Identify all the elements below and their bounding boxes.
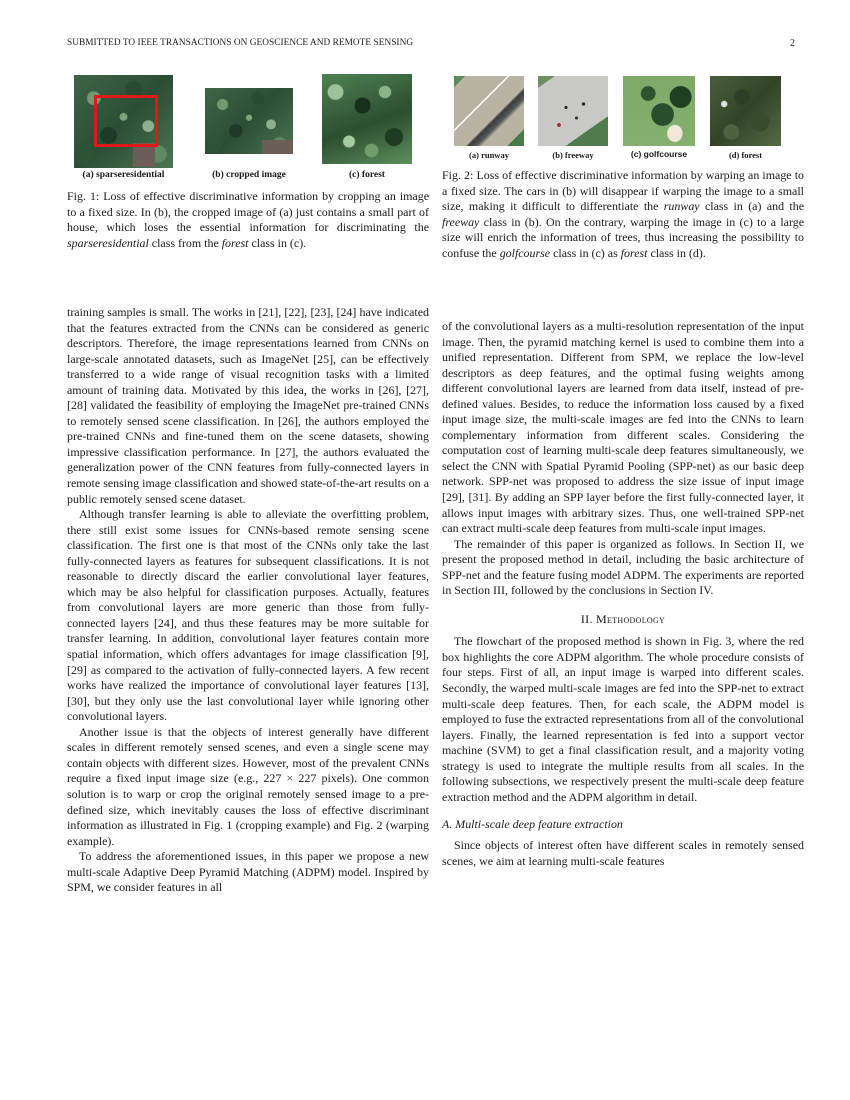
figure-2c-label: (c) golfcourse	[623, 149, 695, 159]
italic-term: golfcourse	[500, 246, 550, 260]
running-header: SUBMITTED TO IEEE TRANSACTIONS ON GEOSCI…	[67, 38, 795, 52]
figure-1-caption: Fig. 1: Loss of effective discriminative…	[67, 189, 429, 251]
figure-2d-label: (d) forest	[710, 150, 781, 160]
figure-1a-image	[74, 75, 173, 168]
paragraph: Although transfer learning is able to al…	[67, 507, 429, 725]
figure-1c-image	[322, 74, 412, 164]
figure-1a-label: (a) sparseresidential	[67, 170, 180, 180]
figure-2-caption: Fig. 2: Loss of effective discriminative…	[442, 168, 804, 261]
figure-2a-image	[454, 76, 524, 146]
crop-box	[94, 95, 158, 147]
caption-text: class in (a) and the	[700, 199, 804, 213]
left-column: training samples is small. The works in …	[67, 305, 429, 896]
house-roof	[262, 140, 293, 154]
figure-2b-image	[538, 76, 608, 146]
paragraph: of the convolutional layers as a multi-r…	[442, 319, 804, 537]
italic-term: runway	[664, 199, 700, 213]
caption-text: class in (d).	[647, 246, 705, 260]
italic-term: sparseresidential	[67, 236, 149, 250]
paragraph: The remainder of this paper is organized…	[442, 537, 804, 599]
figure-2d-image	[710, 76, 781, 146]
figure-2: (a) runway (b) freeway (c) golfcourse (d…	[450, 74, 812, 164]
italic-term: forest	[222, 236, 249, 250]
paragraph: The flowchart of the proposed method is …	[442, 634, 804, 805]
paragraph: Since objects of interest often have dif…	[442, 838, 804, 869]
figure-2b-label: (b) freeway	[538, 150, 608, 160]
page-number: 2	[790, 38, 795, 49]
caption-text: Fig. 1: Loss of effective discriminative…	[67, 189, 429, 234]
italic-term: freeway	[442, 215, 479, 229]
caption-text: class in (c) as	[550, 246, 621, 260]
paragraph: Another issue is that the objects of int…	[67, 725, 429, 849]
figure-1b-image	[205, 88, 293, 154]
paragraph: To address the aforementioned issues, in…	[67, 849, 429, 896]
italic-term: forest	[621, 246, 648, 260]
figure-1b-label: (b) cropped image	[195, 170, 303, 180]
figure-2c-image	[623, 76, 695, 146]
figure-1c-label: (c) forest	[322, 170, 412, 180]
journal-title: SUBMITTED TO IEEE TRANSACTIONS ON GEOSCI…	[67, 38, 413, 48]
caption-text: class from the	[149, 236, 222, 250]
right-column: of the convolutional layers as a multi-r…	[442, 319, 804, 869]
figure-2a-label: (a) runway	[454, 150, 524, 160]
paragraph: training samples is small. The works in …	[67, 305, 429, 507]
section-heading: II. Methodology	[442, 612, 804, 628]
figure-1: (a) sparseresidential (b) cropped image …	[67, 74, 429, 184]
caption-text: class in (c).	[248, 236, 306, 250]
subsection-heading: A. Multi-scale deep feature extraction	[442, 817, 804, 833]
